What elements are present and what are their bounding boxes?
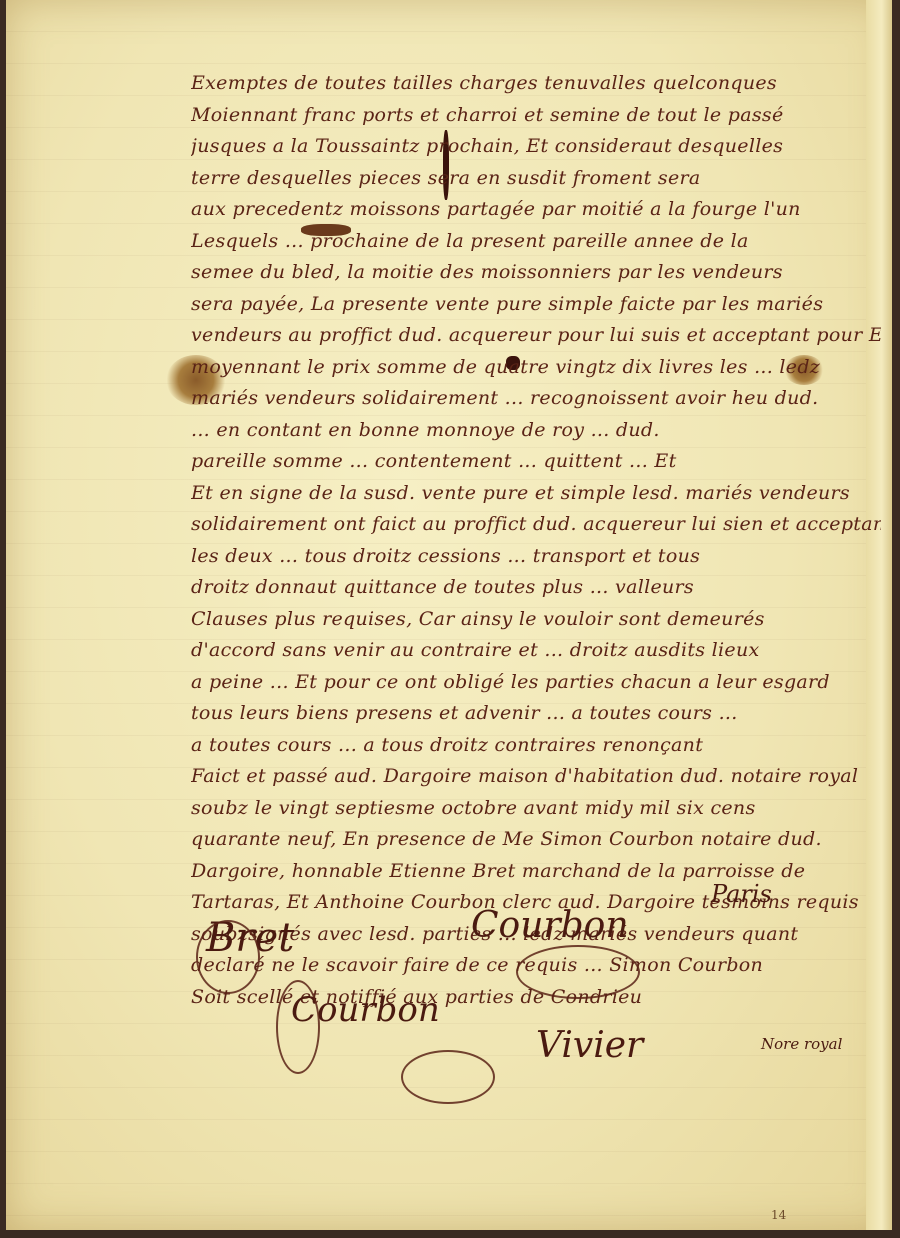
text-line: mariés vendeurs solidairement ... recogn… — [191, 383, 881, 415]
text-line: ... en contant en bonne monnoye de roy .… — [191, 415, 881, 447]
text-line: Faict et passé aud. Dargoire maison d'ha… — [191, 761, 881, 793]
signature-vivier: Vivier — [536, 1025, 643, 1066]
text-line: solidairement ont faict au proffict dud.… — [191, 509, 881, 541]
text-line: Dargoire, honnable Etienne Bret marchand… — [191, 856, 881, 888]
text-line: Exemptes de toutes tailles charges tenuv… — [191, 68, 881, 100]
text-line: les deux ... tous droitz cessions ... tr… — [191, 541, 881, 573]
text-line: vendeurs au proffict dud. acquereur pour… — [191, 320, 881, 352]
text-line: Et en signe de la susd. vente pure et si… — [191, 478, 881, 510]
text-line: a toutes cours ... a tous droitz contrai… — [191, 730, 881, 762]
text-line: terre desquelles pieces sera en susdit f… — [191, 163, 881, 195]
text-line: aux precedentz moissons partagée par moi… — [191, 194, 881, 226]
text-line: quarante neuf, En presence de Me Simon C… — [191, 824, 881, 856]
signature-flourish — [276, 980, 320, 1074]
text-line: soubz le vingt septiesme octobre avant m… — [191, 793, 881, 825]
signature-flourish — [516, 945, 640, 999]
text-line: Clauses plus requises, Car ainsy le voul… — [191, 604, 881, 636]
text-line: a peine ... Et pour ce ont obligé les pa… — [191, 667, 881, 699]
document-body: Exemptes de toutes tailles charges tenuv… — [191, 68, 881, 1013]
signature-flourish — [196, 920, 260, 994]
text-line: Moiennant franc ports et charroi et semi… — [191, 100, 881, 132]
notary-annotation: Nore royal — [761, 1035, 842, 1053]
text-line: pareille somme ... contentement ... quit… — [191, 446, 881, 478]
manuscript-page: Exemptes de toutes tailles charges tenuv… — [6, 0, 892, 1230]
text-line: Lesquels ... prochaine de la present par… — [191, 226, 881, 258]
trailing-word: Paris — [711, 880, 772, 908]
text-line: sera payée, La presente vente pure simpl… — [191, 289, 881, 321]
signature-flourish — [401, 1050, 495, 1104]
text-line: semee du bled, la moitie des moissonnier… — [191, 257, 881, 289]
page-mark: 14 — [771, 1208, 786, 1222]
text-line: d'accord sans venir au contraire et ... … — [191, 635, 881, 667]
signature-courbon-1: Courbon — [471, 905, 629, 946]
text-line: droitz donnaut quittance de toutes plus … — [191, 572, 881, 604]
text-line: moyennant le prix somme de quatre vingtz… — [191, 352, 881, 384]
text-line: jusques a la Toussaintz prochain, Et con… — [191, 131, 881, 163]
text-line: tous leurs biens presens et advenir ... … — [191, 698, 881, 730]
